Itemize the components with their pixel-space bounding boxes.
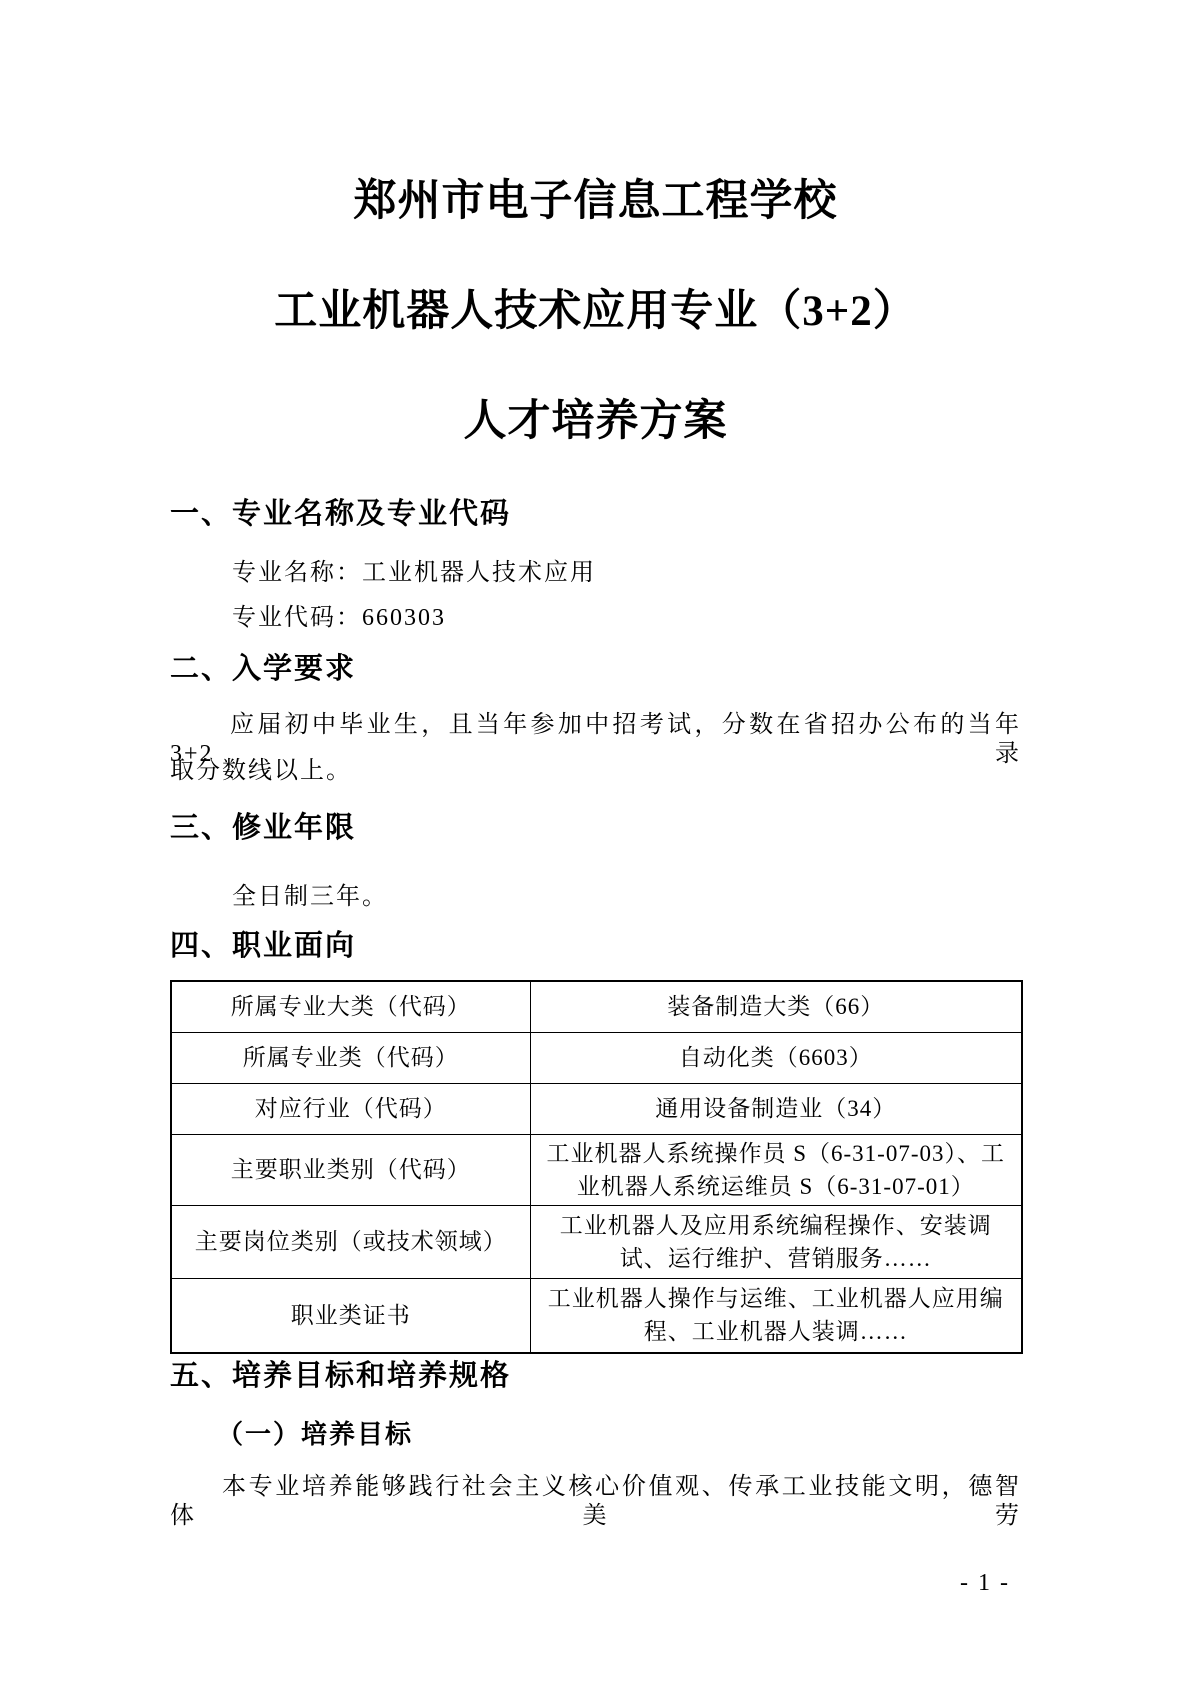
section-1-heading: 一、专业名称及专业代码 xyxy=(170,499,1021,531)
table-row-label: 职业类证书 xyxy=(171,1278,530,1353)
table-row-value: 工业机器人操作与运维、工业机器人应用编程、工业机器人装调…… xyxy=(530,1278,1022,1353)
table-row-value: 通用设备制造业（34） xyxy=(530,1083,1022,1134)
document-page: 郑州市电子信息工程学校 工业机器人技术应用专业（3+2） 人才培养方案 一、专业… xyxy=(0,0,1191,1684)
table-row-value: 工业机器人及应用系统编程操作、安装调试、运行维护、营销服务…… xyxy=(530,1205,1022,1278)
major-code-line: 专业代码：660303 xyxy=(232,604,446,633)
table-row: 主要岗位类别（或技术领域） 工业机器人及应用系统编程操作、安装调试、运行维护、营… xyxy=(171,1205,1022,1278)
document-title-line-3: 人才培养方案 xyxy=(0,398,1191,445)
career-orientation-table: 所属专业大类（代码） 装备制造大类（66） 所属专业类（代码） 自动化类（660… xyxy=(170,980,1023,1354)
admission-paragraph-line-2: 取分数线以上。 xyxy=(170,757,1021,786)
training-goal-paragraph-line: 本专业培养能够践行社会主义核心价值观、传承工业技能文明，德智体美劳 xyxy=(170,1473,1021,1531)
table-row-label: 所属专业大类（代码） xyxy=(171,981,530,1032)
table-row-label: 对应行业（代码） xyxy=(171,1083,530,1134)
table-row: 所属专业大类（代码） 装备制造大类（66） xyxy=(171,981,1022,1032)
document-title-line-2: 工业机器人技术应用专业（3+2） xyxy=(0,288,1191,335)
table-row-value: 装备制造大类（66） xyxy=(530,981,1022,1032)
table-row-label: 所属专业类（代码） xyxy=(171,1032,530,1083)
section-5-heading: 五、培养目标和培养规格 xyxy=(170,1361,1021,1393)
table-row-value: 自动化类（6603） xyxy=(530,1032,1022,1083)
table-row-label: 主要职业类别（代码） xyxy=(171,1134,530,1205)
table-row-value: 工业机器人系统操作员 S（6-31-07-03）、工业机器人系统运维员 S（6-… xyxy=(530,1134,1022,1205)
table-row: 职业类证书 工业机器人操作与运维、工业机器人应用编程、工业机器人装调…… xyxy=(171,1278,1022,1353)
section-3-heading: 三、修业年限 xyxy=(170,813,1021,845)
table-row: 对应行业（代码） 通用设备制造业（34） xyxy=(171,1083,1022,1134)
section-2-heading: 二、入学要求 xyxy=(170,654,1021,686)
schooling-years-line: 全日制三年。 xyxy=(232,883,388,912)
page-number: - 1 - xyxy=(960,1570,1010,1597)
section-4-heading: 四、职业面向 xyxy=(170,931,1021,963)
table-row: 主要职业类别（代码） 工业机器人系统操作员 S（6-31-07-03）、工业机器… xyxy=(171,1134,1022,1205)
training-goal-subheading: （一）培养目标 xyxy=(217,1419,413,1450)
document-title-line-1: 郑州市电子信息工程学校 xyxy=(0,178,1191,225)
major-name-line: 专业名称：工业机器人技术应用 xyxy=(232,559,596,588)
table-row: 所属专业类（代码） 自动化类（6603） xyxy=(171,1032,1022,1083)
table-row-label: 主要岗位类别（或技术领域） xyxy=(171,1205,530,1278)
